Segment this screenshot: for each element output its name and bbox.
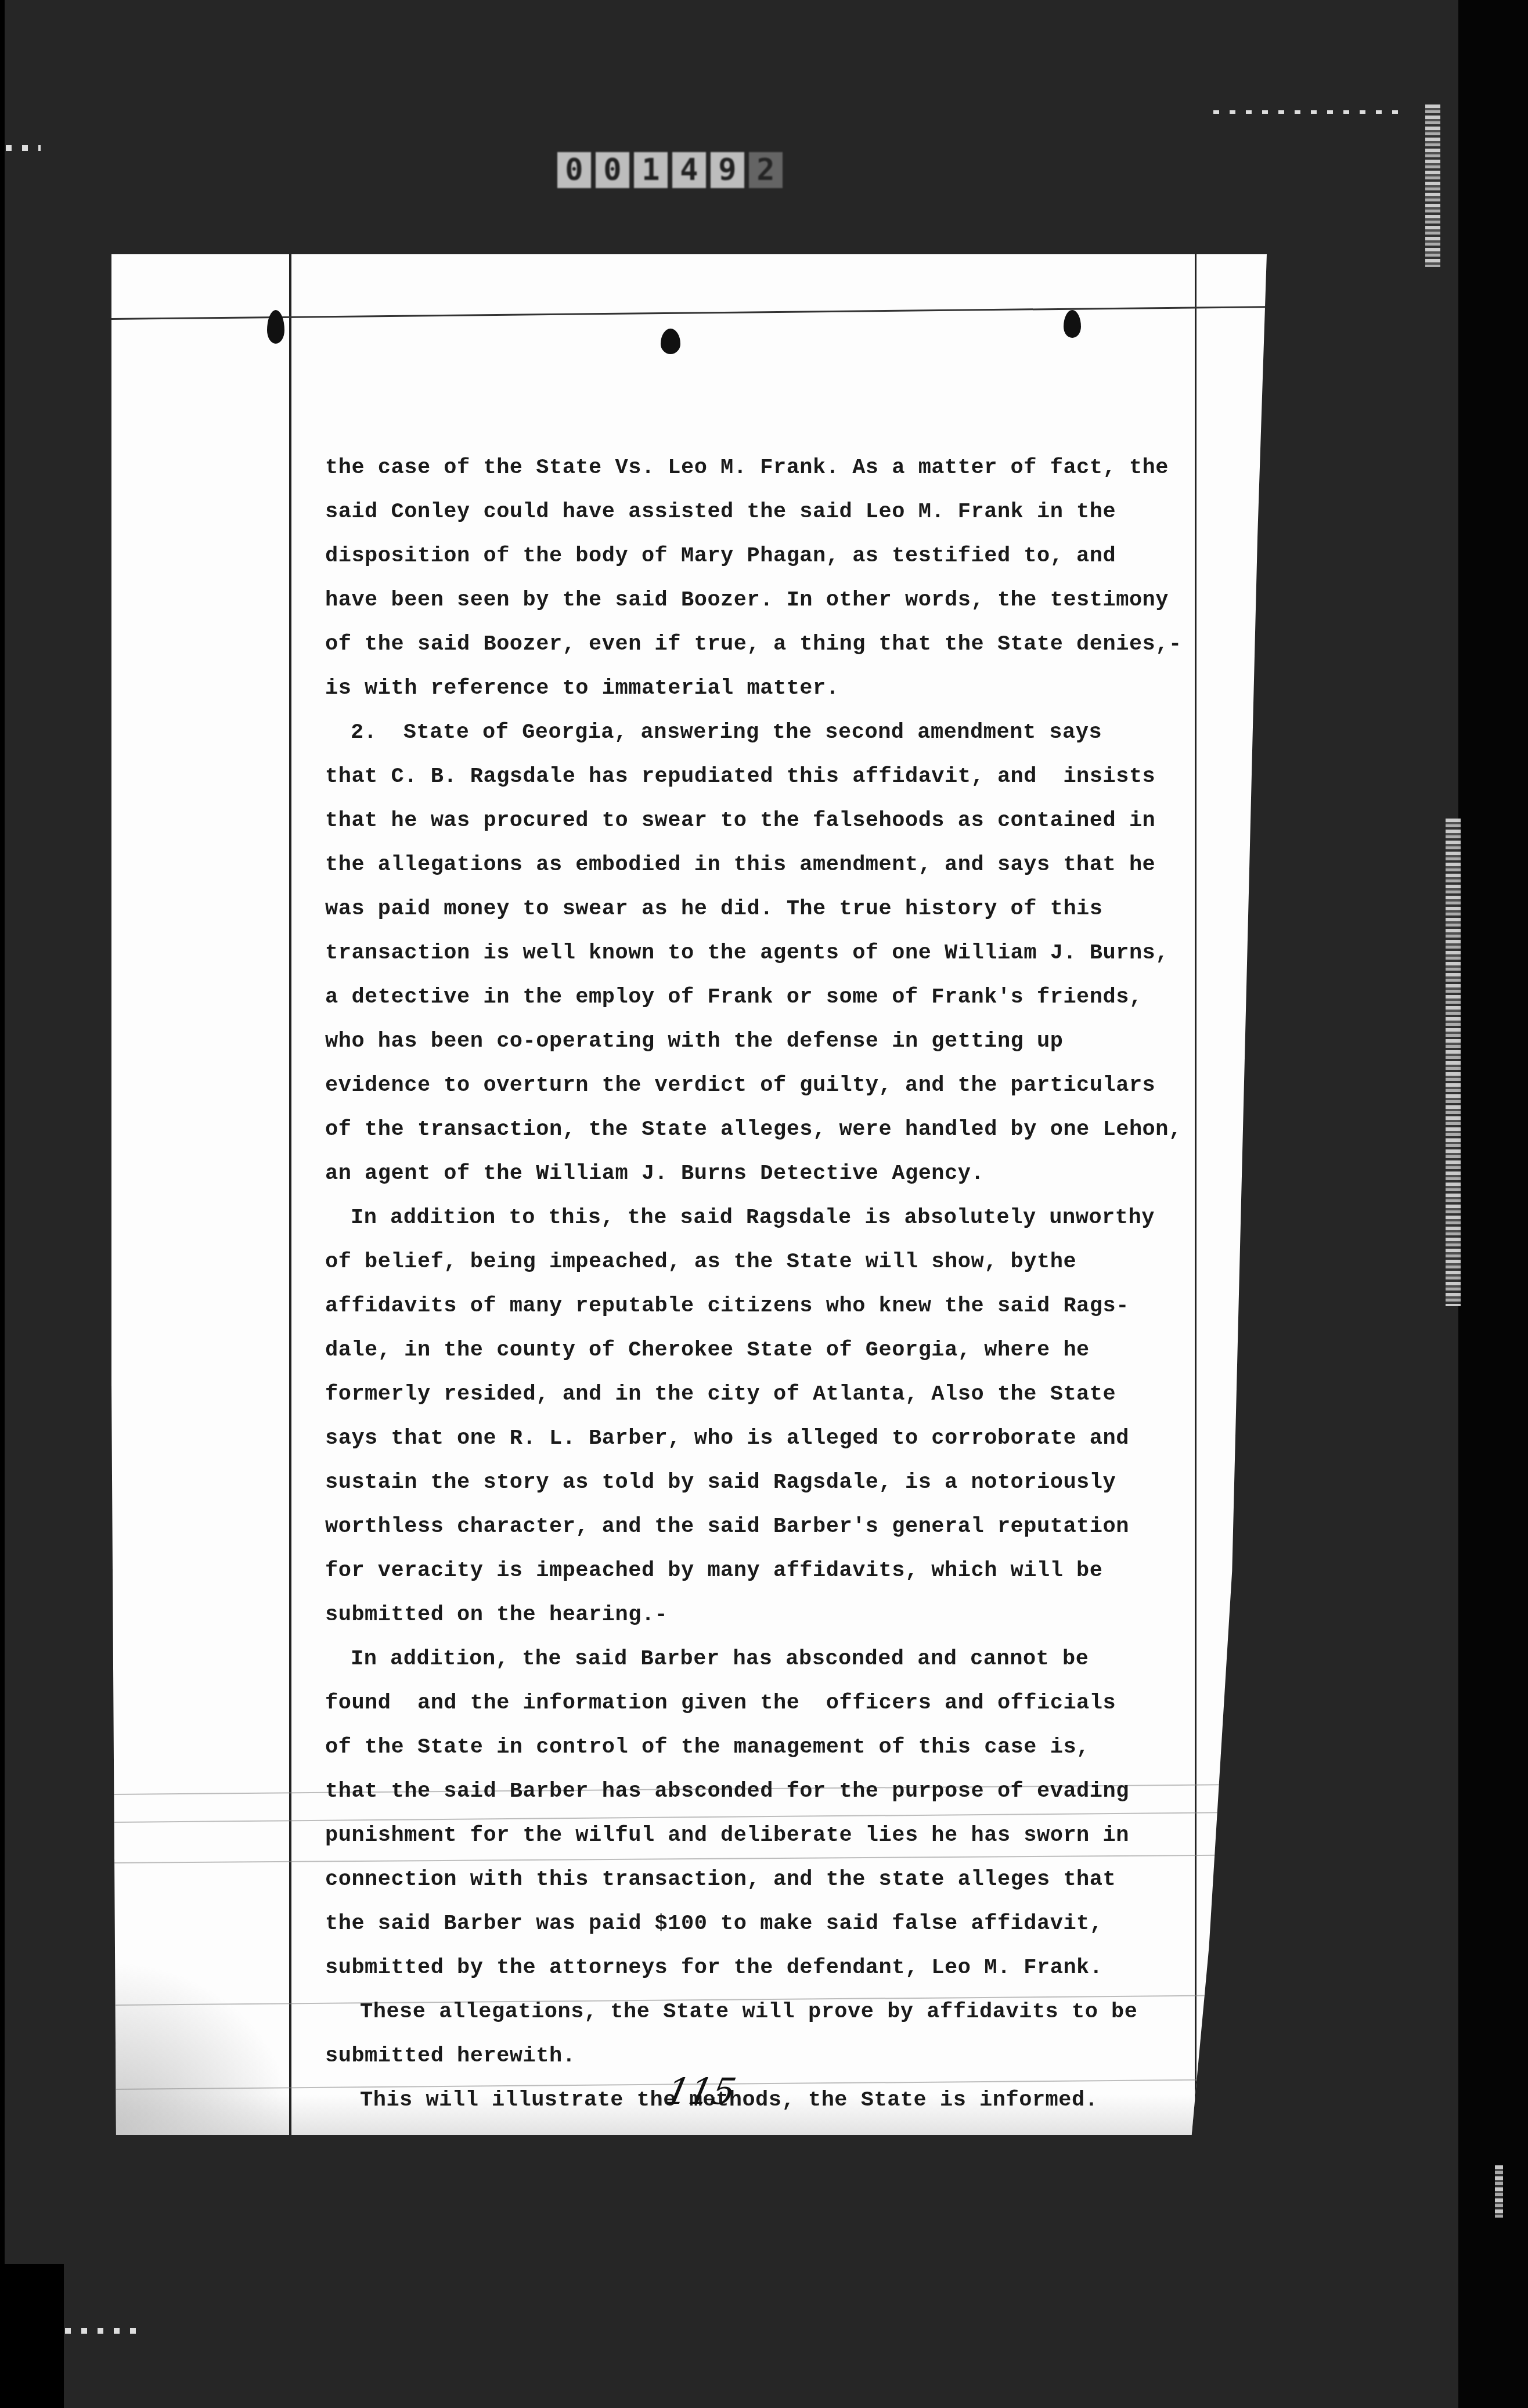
scan-edge-right	[1458, 0, 1528, 2408]
scan-edge-bottom-left	[0, 2264, 64, 2408]
text-line: that C. B. Ragsdale has repudiated this …	[325, 755, 1219, 799]
stamp-digit: 0	[596, 152, 629, 188]
text-line: the case of the State Vs. Leo M. Frank. …	[325, 446, 1219, 490]
binding-hole-mark	[267, 310, 284, 344]
scan-edge-left	[0, 0, 5, 2408]
text-line: of the said Boozer, even if true, a thin…	[325, 622, 1219, 666]
film-edge-marks-middle	[1446, 819, 1461, 1306]
binding-hole-mark	[1064, 310, 1081, 338]
stamp-digit: 1	[634, 152, 668, 188]
text-line: submitted on the hearing.-	[325, 1593, 1219, 1637]
text-line: the said Barber was paid $100 to make sa…	[325, 1902, 1219, 1946]
film-edge-specks-bottom-left	[65, 2328, 140, 2334]
text-line: for veracity is impeached by many affida…	[325, 1549, 1219, 1593]
text-line: transaction is well known to the agents …	[325, 931, 1219, 975]
text-line: of the State in control of the managemen…	[325, 1725, 1219, 1769]
stamp-digit: 9	[711, 152, 744, 188]
text-line: affidavits of many reputable citizens wh…	[325, 1284, 1219, 1328]
text-line: have been seen by the said Boozer. In ot…	[325, 578, 1219, 622]
paragraph-start-line: In addition to this, the said Ragsdale i…	[325, 1196, 1219, 1240]
text-line: of belief, being impeached, as the State…	[325, 1240, 1219, 1284]
paragraph-start-line: 2. State of Georgia, answering the secon…	[325, 711, 1219, 755]
binding-hole-mark	[661, 329, 680, 354]
typed-body-text: the case of the State Vs. Leo M. Frank. …	[325, 446, 1219, 2122]
text-line: that the said Barber has absconded for t…	[325, 1769, 1219, 1814]
text-line: is with reference to immaterial matter.	[325, 666, 1219, 711]
text-line: said Conley could have assisted the said…	[325, 490, 1219, 534]
text-line: was paid money to swear as he did. The t…	[325, 887, 1219, 931]
paragraph-start-line: In addition, the said Barber has abscond…	[325, 1637, 1219, 1681]
text-line: a detective in the employ of Frank or so…	[325, 975, 1219, 1019]
text-line: disposition of the body of Mary Phagan, …	[325, 534, 1219, 578]
film-edge-specks-top-left	[6, 145, 41, 151]
text-line: says that one R. L. Barber, who is alleg…	[325, 1416, 1219, 1461]
text-line: an agent of the William J. Burns Detecti…	[325, 1152, 1219, 1196]
text-line: submitted by the attorneys for the defen…	[325, 1946, 1219, 1990]
text-line: sustain the story as told by said Ragsda…	[325, 1461, 1219, 1505]
film-edge-marks-bottom	[1495, 2165, 1503, 2218]
top-ruled-line	[111, 306, 1267, 320]
stamp-digit: 0	[557, 152, 591, 188]
paragraph-start-line: These allegations, the State will prove …	[325, 1990, 1219, 2034]
text-line: submitted herewith.	[325, 2034, 1219, 2078]
stamp-digit: 4	[672, 152, 706, 188]
text-line: who has been co-operating with the defen…	[325, 1019, 1219, 1064]
text-line: the allegations as embodied in this amen…	[325, 843, 1219, 887]
text-line: worthless character, and the said Barber…	[325, 1505, 1219, 1549]
left-margin-rule	[289, 254, 291, 2135]
text-line: formerly resided, and in the city of Atl…	[325, 1372, 1219, 1416]
film-edge-marks-top	[1425, 104, 1440, 267]
text-line: that he was procured to swear to the fal…	[325, 799, 1219, 843]
archive-stamp-number: 0 0 1 4 9 2	[557, 152, 783, 188]
text-line: punishment for the wilful and deliberate…	[325, 1814, 1219, 1858]
text-line: found and the information given the offi…	[325, 1681, 1219, 1725]
text-line: evidence to overturn the verdict of guil…	[325, 1064, 1219, 1108]
text-line: connection with this transaction, and th…	[325, 1858, 1219, 1902]
handwritten-page-number: 115	[662, 2070, 740, 2113]
text-line: dale, in the county of Cherokee State of…	[325, 1328, 1219, 1372]
paragraph-start-line: This will illustrate the methods, the St…	[325, 2078, 1219, 2122]
film-edge-specks-top-right	[1213, 110, 1405, 114]
text-line: of the transaction, the State alleges, w…	[325, 1108, 1219, 1152]
stamp-digit: 2	[749, 152, 783, 188]
document-page: the case of the State Vs. Leo M. Frank. …	[111, 254, 1267, 2135]
